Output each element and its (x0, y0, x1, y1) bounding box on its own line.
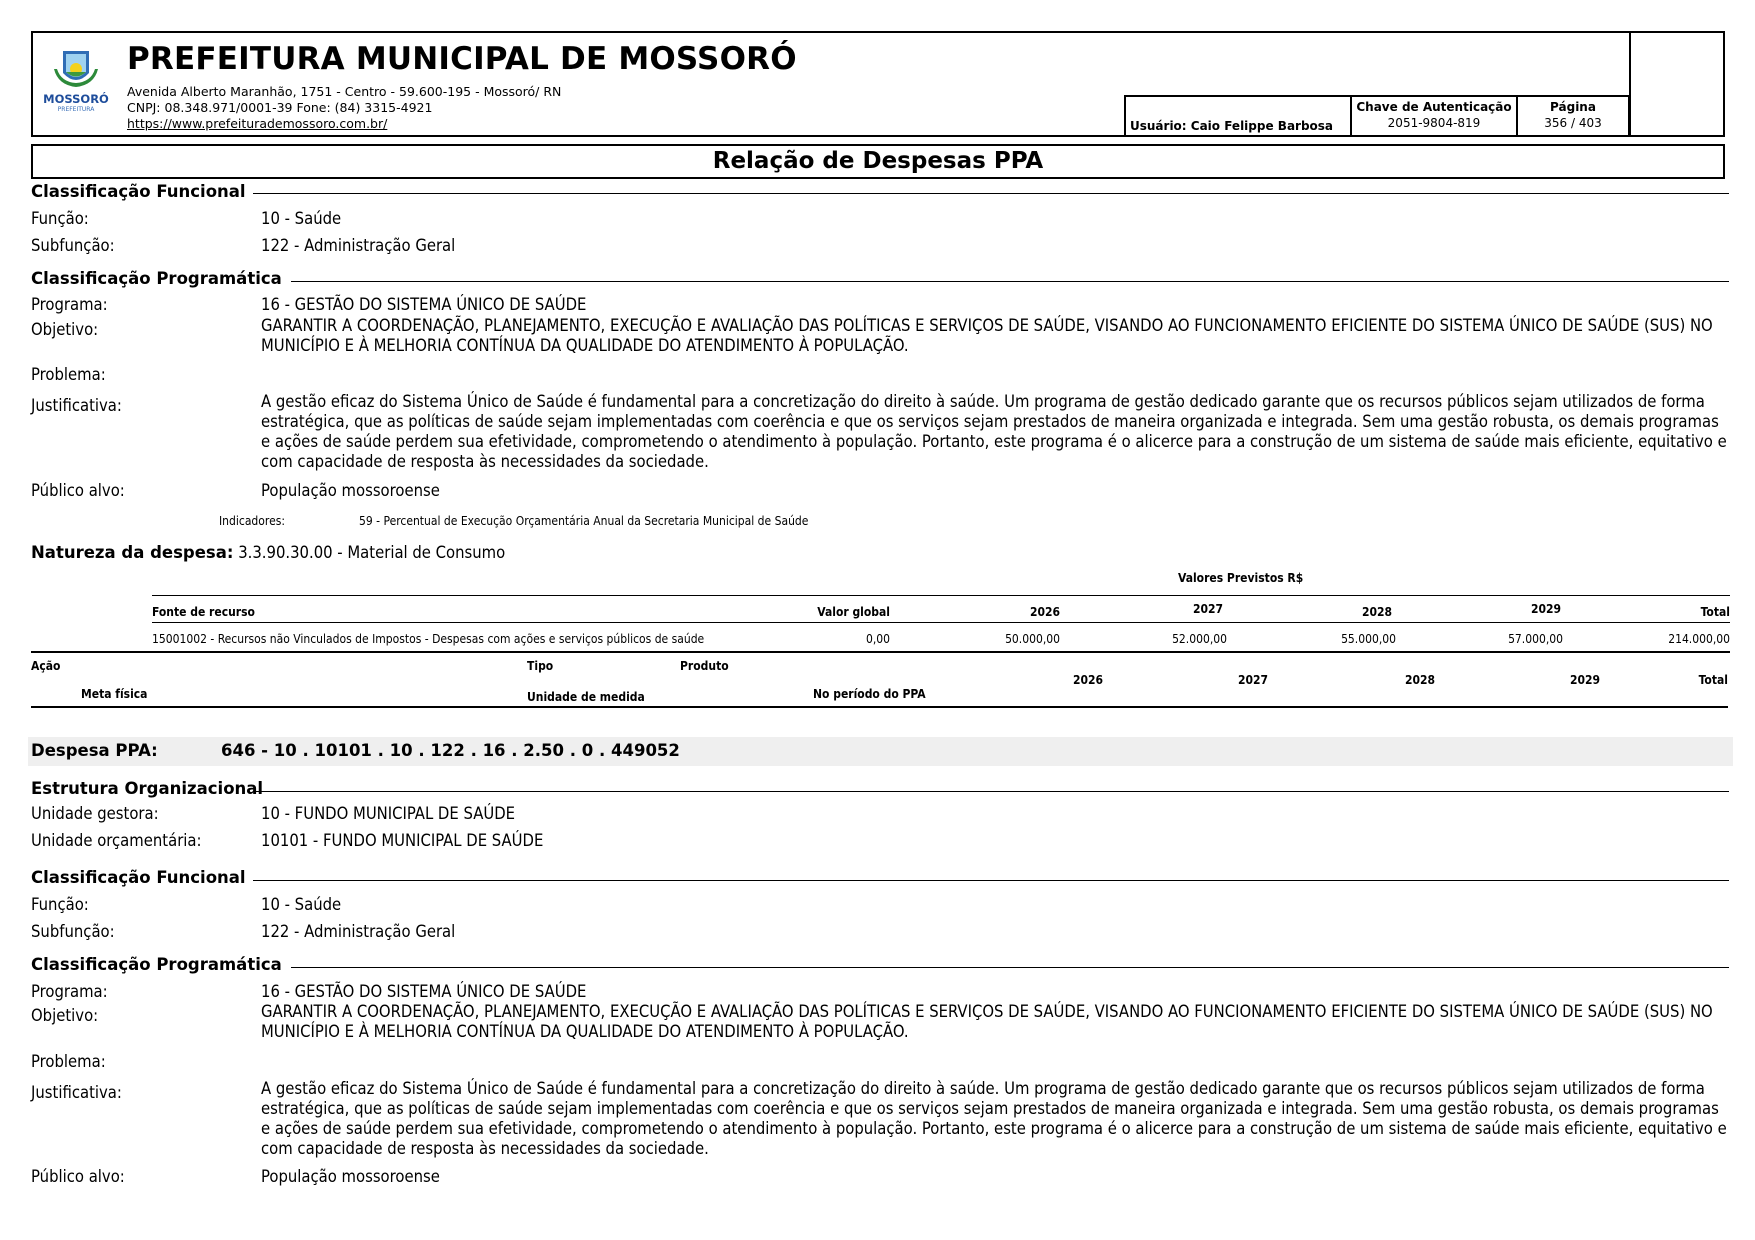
subfuncao-label: Subfunção: (31, 922, 115, 941)
header-divider (1629, 33, 1631, 135)
page-label: Página (1518, 100, 1628, 114)
subfuncao-label: Subfunção: (31, 236, 115, 255)
valor-global-cell: 0,00 (790, 632, 890, 646)
organization-name: PREFEITURA MUNICIPAL DE MOSSORÓ (127, 41, 797, 77)
problema-label: Problema: (31, 1052, 106, 1071)
section-divider (253, 880, 1729, 881)
page-cell: Página 356 / 403 (1518, 97, 1630, 137)
auth-key-label: Chave de Autenticação (1352, 100, 1516, 114)
funcao-value: 10 - Saúde (261, 209, 341, 228)
objetivo-label: Objetivo: (31, 1006, 98, 1025)
col-unidade-medida: Unidade de medida (527, 690, 645, 704)
user-name: Usuário: Caio Felippe Barbosa (1130, 119, 1333, 133)
programa-label: Programa: (31, 295, 108, 314)
unidade-gestora-value: 10 - FUNDO MUNICIPAL DE SAÚDE (261, 804, 515, 823)
col-valor-global: Valor global (790, 605, 890, 619)
logo-wordmark: MOSSORÓ (43, 91, 109, 106)
natureza-despesa-value: 3.3.90.30.00 - Material de Consumo (238, 543, 505, 562)
subfuncao-value: 122 - Administração Geral (261, 236, 455, 255)
section-divider (253, 791, 1729, 792)
table-rule-thick (31, 651, 1730, 653)
auth-key-cell: Chave de Autenticação 2051-9804-819 (1352, 97, 1518, 137)
col-acao-total: Total (1630, 673, 1728, 687)
despesa-ppa-label: Despesa PPA: (31, 741, 158, 760)
table-rule (152, 622, 1730, 623)
table-rule (152, 595, 1730, 596)
col-acao-2027: 2027 (1238, 673, 1268, 687)
justificativa-value: A gestão eficaz do Sistema Único de Saúd… (261, 392, 1731, 472)
funcao-value: 10 - Saúde (261, 895, 341, 914)
col-fonte-recurso: Fonte de recurso (152, 605, 255, 619)
col-total: Total (1630, 605, 1730, 619)
funcao-label: Função: (31, 209, 89, 228)
report-header: MOSSORÓ PREFEITURA PREFEITURA MUNICIPAL … (31, 31, 1725, 137)
section-heading-classificacao-programatica: Classificação Programática (31, 955, 282, 974)
col-2026: 2026 (1030, 605, 1060, 619)
organization-address: Avenida Alberto Maranhão, 1751 - Centro … (127, 84, 561, 99)
col-acao-2026: 2026 (1073, 673, 1103, 687)
user-cell: Usuário: Caio Felippe Barbosa (1126, 97, 1352, 137)
col-tipo: Tipo (527, 659, 553, 673)
report-info-cells: Usuário: Caio Felippe Barbosa Chave de A… (1124, 95, 1630, 137)
col-acao-2028: 2028 (1405, 673, 1435, 687)
value-2026-cell: 50.000,00 (960, 632, 1060, 646)
organization-website-link[interactable]: https://www.prefeiturademossoro.com.br/ (127, 116, 387, 131)
value-total-cell: 214.000,00 (1630, 632, 1730, 646)
natureza-despesa: Natureza da despesa: 3.3.90.30.00 - Mate… (31, 543, 505, 562)
organization-contact: CNPJ: 08.348.971/0001-39 Fone: (84) 3315… (127, 100, 432, 115)
objetivo-value: GARANTIR A COORDENAÇÃO, PLANEJAMENTO, EX… (261, 316, 1731, 356)
programa-label: Programa: (31, 982, 108, 1001)
fonte-recurso-cell: 15001002 - Recursos não Vinculados de Im… (152, 632, 704, 646)
programa-value: 16 - GESTÃO DO SISTEMA ÚNICO DE SAÚDE (261, 295, 586, 314)
section-heading-classificacao-funcional: Classificação Funcional (31, 868, 246, 887)
section-divider (291, 281, 1729, 282)
col-2029: 2029 (1531, 602, 1561, 616)
subfuncao-value: 122 - Administração Geral (261, 922, 455, 941)
col-produto: Produto (680, 659, 729, 673)
section-divider (291, 967, 1729, 968)
unidade-gestora-label: Unidade gestora: (31, 804, 159, 823)
value-2027-cell: 52.000,00 (1127, 632, 1227, 646)
despesa-ppa-code: 646 - 10 . 10101 . 10 . 122 . 16 . 2.50 … (221, 741, 680, 760)
col-acao-2029: 2029 (1570, 673, 1600, 687)
publico-alvo-value: População mossoroense (261, 1167, 440, 1186)
col-2028: 2028 (1362, 605, 1392, 619)
col-2027: 2027 (1193, 602, 1223, 616)
table-rule-thick (31, 706, 1728, 708)
col-no-periodo: No período do PPA (813, 687, 926, 701)
page-title: Relação de Despesas PPA (33, 146, 1723, 177)
objetivo-value: GARANTIR A COORDENAÇÃO, PLANEJAMENTO, EX… (261, 1002, 1731, 1042)
section-heading-estrutura-organizacional: Estrutura Organizacional (31, 779, 263, 798)
mossoro-logo-icon: MOSSORÓ PREFEITURA (43, 47, 109, 117)
despesa-ppa-bar: Despesa PPA: 646 - 10 . 10101 . 10 . 122… (28, 737, 1733, 766)
indicadores-label: Indicadores: (219, 514, 285, 528)
programa-value: 16 - GESTÃO DO SISTEMA ÚNICO DE SAÚDE (261, 982, 586, 1001)
value-2029-cell: 57.000,00 (1463, 632, 1563, 646)
col-meta-fisica: Meta física (81, 687, 147, 701)
indicadores-value: 59 - Percentual de Execução Orçamentária… (359, 514, 808, 528)
unidade-orcamentaria-label: Unidade orçamentária: (31, 831, 202, 850)
valores-previstos-heading: Valores Previstos R$ (1178, 571, 1303, 585)
problema-label: Problema: (31, 365, 106, 384)
justificativa-label: Justificativa: (31, 1083, 122, 1102)
funcao-label: Função: (31, 895, 89, 914)
section-heading-classificacao-funcional: Classificação Funcional (31, 182, 246, 201)
page-number: 356 / 403 (1518, 116, 1628, 130)
auth-key-value: 2051-9804-819 (1352, 116, 1516, 130)
section-divider (253, 193, 1729, 194)
publico-alvo-label: Público alvo: (31, 1167, 125, 1186)
value-2028-cell: 55.000,00 (1296, 632, 1396, 646)
publico-alvo-value: População mossoroense (261, 481, 440, 500)
natureza-despesa-label: Natureza da despesa: (31, 543, 233, 562)
svg-text:PREFEITURA: PREFEITURA (58, 106, 96, 113)
justificativa-value: A gestão eficaz do Sistema Único de Saúd… (261, 1079, 1731, 1159)
justificativa-label: Justificativa: (31, 396, 122, 415)
unidade-orcamentaria-value: 10101 - FUNDO MUNICIPAL DE SAÚDE (261, 831, 543, 850)
section-heading-classificacao-programatica: Classificação Programática (31, 269, 282, 288)
publico-alvo-label: Público alvo: (31, 481, 125, 500)
title-box: Relação de Despesas PPA (31, 144, 1725, 179)
col-acao: Ação (31, 659, 60, 673)
objetivo-label: Objetivo: (31, 320, 98, 339)
